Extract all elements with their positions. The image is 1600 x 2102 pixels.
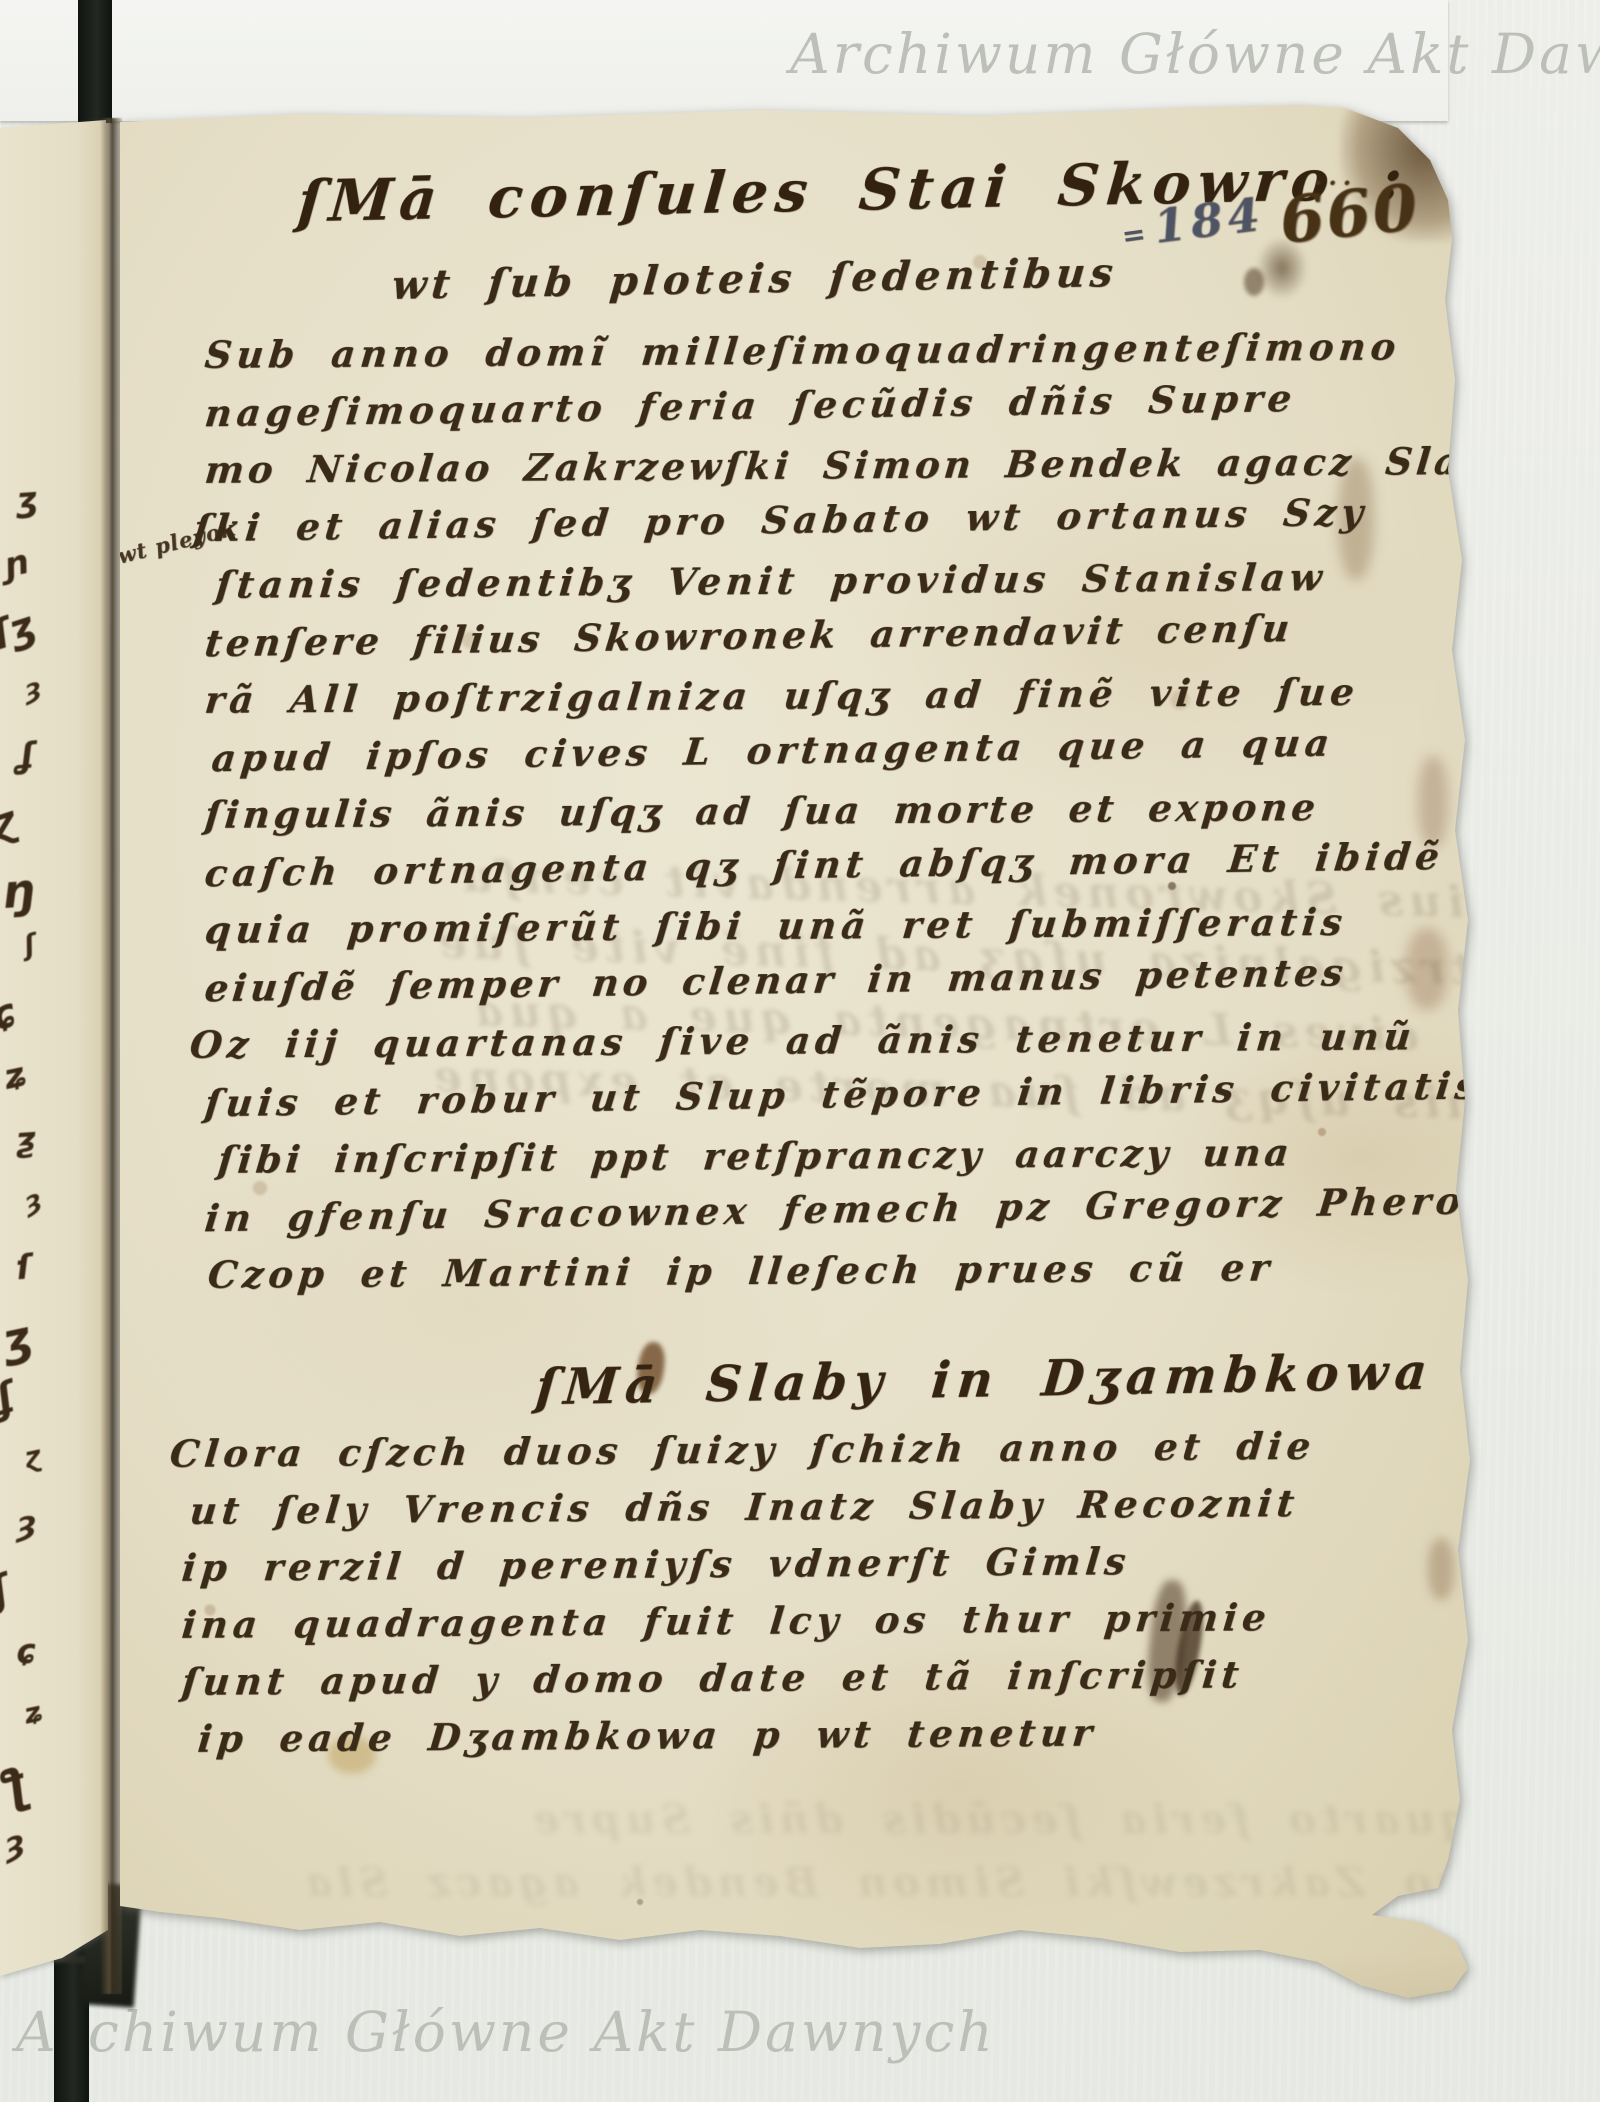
manuscript-text-line: ina quadragenta fuit lcy os thur primie [180,1595,1273,1647]
verso-bleedthrough-faint: nageſimoquarto feria ſecũdis dñis Supre … [300,1796,1600,1922]
manuscript-text-line: ſunt apud y domo date et tã inſcripſit [180,1653,1246,1704]
manuscript-text-line: ſibi inſcripſit ppt retſpranczy aarczy u… [216,1130,1295,1182]
manuscript-text-line: ip eade Dʒambkowa p wt tenetur [196,1711,1099,1761]
manuscript-text-line: ſtanis ſedentibʒ Venit providus Stanisla… [214,555,1329,607]
folio-ink-smudge [1244,268,1264,296]
manuscript-page-wrap: tenſere filius Skowronek arrendavit cenſ… [0,0,1600,2102]
edge-stain [1428,1538,1454,1600]
manuscript-text-line: Czop et Martini ip lleſech prues cũ er [206,1246,1276,1297]
manuscript-text-line: quia promiſerũt ſibi unã ret ſubmiſſerat… [203,900,1349,952]
ink-folio-dots: ··· [1314,168,1357,197]
folio-equals-mark: = [1120,217,1148,253]
manuscript-text-line: ip rerzil d pereniyſs vdnerſt Gimls [180,1539,1133,1590]
manuscript-text-line: Clora cſzch duos ſuizy ſchizh anno et di… [168,1424,1318,1476]
manuscript-text-line: Sub anno domĩ milleſimoquadringenteſimon… [203,325,1403,377]
scan-canvas: Archiwum Główne Akt Dawnych Archiwum Głó… [0,0,1600,2102]
manuscript-text-line: ſingulis ãnis uſqʒ ad ſua morte et expon… [203,785,1321,837]
bleedthrough-line: nageſimoquarto feria ſecũdis dñis Supre [300,1796,1600,1843]
manuscript-page: tenſere filius Skowronek arrendavit cenſ… [0,0,1600,2102]
manuscript-text-line: Oz iij quartanas ſive ad ãnis tenetur in… [188,1014,1418,1067]
folio-ink-smudge [1256,236,1308,300]
bleedthrough-line: mo Nicolao Zakrzewſki Simon Bendek agacz… [300,1859,1600,1906]
manuscript-text-line: ut ſely Vrencis dñs Inatz Slaby Recoznit [188,1481,1301,1533]
manuscript-text-line: mo Nicolao Zakrzewſki Simon Bendek agacz… [203,439,1465,492]
manuscript-text-line: rã All poſtrzigalniza uſqʒ ad finẽ vite … [203,670,1361,722]
